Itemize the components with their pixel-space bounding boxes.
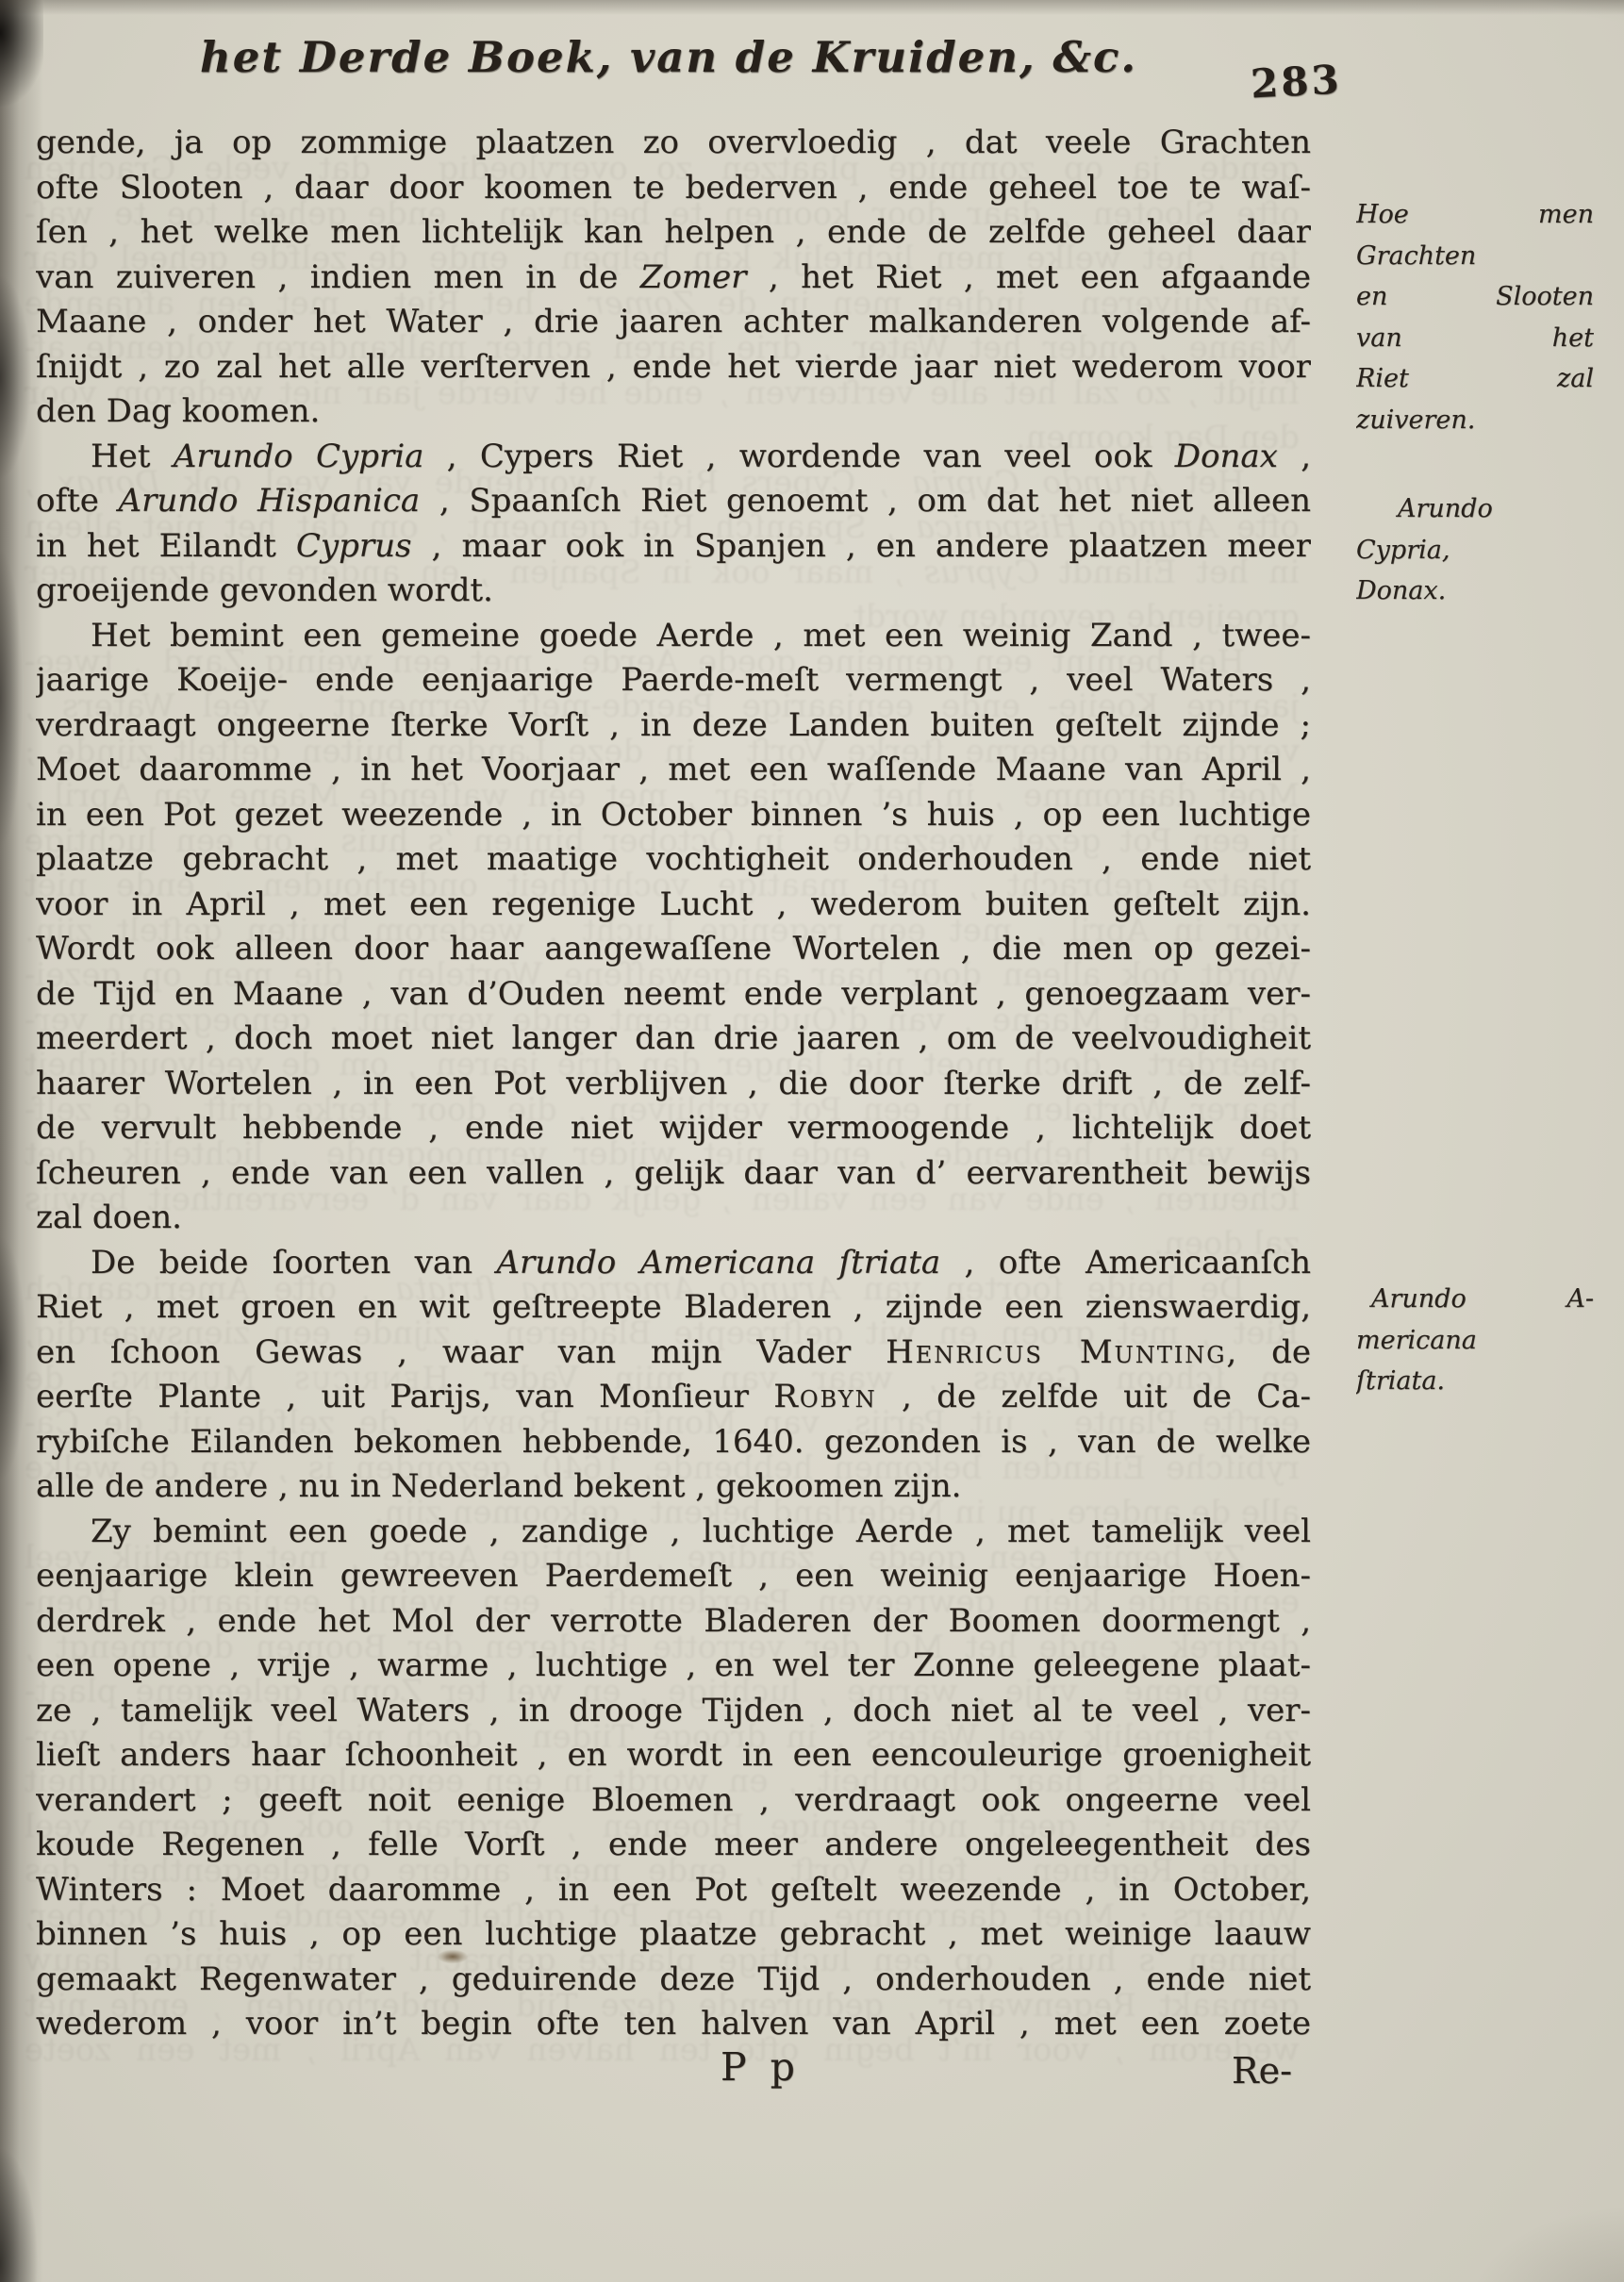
text-line: ſen , het welke men lichtelijk kan helpe… bbox=[36, 210, 1311, 256]
text-line: meerdert , doch moet niet langer dan dri… bbox=[36, 1017, 1311, 1062]
text-line: ſcheuren , ende van een vallen , gelijk … bbox=[36, 1151, 1311, 1197]
margin-note-line: Hoe men bbox=[1356, 194, 1594, 236]
text-line: Zy bemint een goede , zandige , luchtige… bbox=[36, 1510, 1311, 1555]
text-line: lieſt anders haar ſchoonheit , en wordt … bbox=[36, 1733, 1311, 1778]
catchword: Re- bbox=[1232, 2050, 1292, 2092]
text-line: koude Regenen , felle Vorſt , ende meer … bbox=[36, 1823, 1311, 1868]
margin-note: Hoe menGrachtenen Slootenvan hetRiet zal… bbox=[1356, 194, 1594, 440]
text-line: in een Pot gezet weezende , in October b… bbox=[36, 793, 1311, 838]
text-line: rybiſche Eilanden bekomen hebbende, 1640… bbox=[36, 1420, 1311, 1465]
text-line: derdrek , ende het Mol der verrotte Blad… bbox=[36, 1599, 1311, 1645]
text-line: groeijende gevonden wordt. bbox=[36, 569, 1311, 614]
text-line: Riet , met groen en wit geſtreepte Blade… bbox=[36, 1285, 1311, 1331]
text-line: ofte Slooten , daar door koomen te beder… bbox=[36, 166, 1311, 211]
margin-note-line: Grachten bbox=[1356, 236, 1594, 277]
text-line: binnen ’s huis , op een luchtige plaatze… bbox=[36, 1912, 1311, 1958]
margin-note-line: Donax. bbox=[1356, 570, 1594, 612]
text-line: haarer Wortelen , in een Pot verblijven … bbox=[36, 1062, 1311, 1107]
text-line: van zuiveren , indien men in de Zomer , … bbox=[36, 256, 1311, 301]
text-line: ze , tamelijk veel Waters , in drooge Ti… bbox=[36, 1689, 1311, 1734]
text-line: Het bemint een gemeine goede Aerde , met… bbox=[36, 614, 1311, 659]
margin-note-line: en Slooten bbox=[1356, 276, 1594, 318]
book-page-scan: het Derde Boek, van de Kruiden, &c. 283 … bbox=[0, 0, 1624, 2282]
margin-note-line: van het bbox=[1356, 318, 1594, 359]
text-line: Het Arundo Cypria , Cypers Riet , worden… bbox=[36, 435, 1311, 480]
text-line: verandert ; geeft noit eenige Bloemen , … bbox=[36, 1778, 1311, 1824]
text-line: een opene , vrije , warme , luchtige , e… bbox=[36, 1644, 1311, 1689]
text-line: eenjaarige klein gewreeven Paerdemeſt , … bbox=[36, 1554, 1311, 1599]
margin-note: ArundoCypria,Donax. bbox=[1356, 488, 1594, 612]
printers-signature: P p bbox=[721, 2044, 801, 2090]
text-line: alle de andere , nu in Nederland bekent … bbox=[36, 1464, 1311, 1510]
text-line: jaarige Koeije- ende eenjaarige Paerde-m… bbox=[36, 658, 1311, 703]
text-line: De beide ſoorten van Arundo Americana ſt… bbox=[36, 1241, 1311, 1286]
page-number: 283 bbox=[1250, 57, 1343, 107]
text-line: Moet daaromme , in het Voorjaar , met ee… bbox=[36, 748, 1311, 793]
text-line: eerſte Plante , uit Parijs, van Monſieur… bbox=[36, 1375, 1311, 1420]
page-top-shadow bbox=[0, 0, 1624, 15]
text-line: ofte Arundo Hispanica , Spaanſch Riet ge… bbox=[36, 479, 1311, 524]
text-line: de Tijd en Maane , van d’Ouden neemt end… bbox=[36, 972, 1311, 1017]
margin-note-line: Arundo bbox=[1356, 488, 1594, 530]
text-line: ſnijdt , zo zal het alle verſterven , en… bbox=[36, 345, 1311, 390]
text-line: plaatze gebracht , met maatige vochtighe… bbox=[36, 837, 1311, 883]
text-line: Maane , onder het Water , drie jaaren ac… bbox=[36, 300, 1311, 345]
margin-note: Arundo A-mericanaſtriata. bbox=[1356, 1279, 1594, 1402]
margin-note-line: zuiveren. bbox=[1356, 400, 1594, 441]
running-header-title: het Derde Boek, van de Kruiden, &c. bbox=[200, 32, 1105, 82]
text-line: zal doen. bbox=[36, 1196, 1311, 1241]
text-line: den Dag koomen. bbox=[36, 389, 1311, 435]
text-line: wederom , voor in’t begin ofte ten halve… bbox=[36, 2002, 1311, 2047]
text-line: de vervult hebbende , ende niet wijder v… bbox=[36, 1106, 1311, 1151]
text-line: in het Eilandt Cyprus , maar ook in Span… bbox=[36, 524, 1311, 570]
margin-note-line: mericana bbox=[1356, 1320, 1594, 1362]
text-line: Wordt ook alleen door haar aangewaſſene … bbox=[36, 927, 1311, 972]
text-line: Winters : Moet daaromme , in een Pot geſ… bbox=[36, 1868, 1311, 1913]
margin-note-line: Arundo A- bbox=[1356, 1279, 1594, 1320]
margin-note-line: Cypria, bbox=[1356, 530, 1594, 571]
text-line: gende, ja op zommige plaatzen zo overvlo… bbox=[36, 121, 1311, 166]
text-line: voor in April , met een regenige Lucht ,… bbox=[36, 883, 1311, 928]
text-line: verdraagt ongeerne ſterke Vorſt , in dez… bbox=[36, 703, 1311, 749]
text-line: en ſchoon Gewas , waar van mijn Vader He… bbox=[36, 1331, 1311, 1376]
margin-note-line: ſtriata. bbox=[1356, 1361, 1594, 1402]
margin-note-line: Riet zal bbox=[1356, 358, 1594, 400]
text-line: gemaakt Regenwater , geduirende deze Tij… bbox=[36, 1958, 1311, 2003]
body-text: gende, ja op zommige plaatzen zo overvlo… bbox=[36, 121, 1311, 2047]
